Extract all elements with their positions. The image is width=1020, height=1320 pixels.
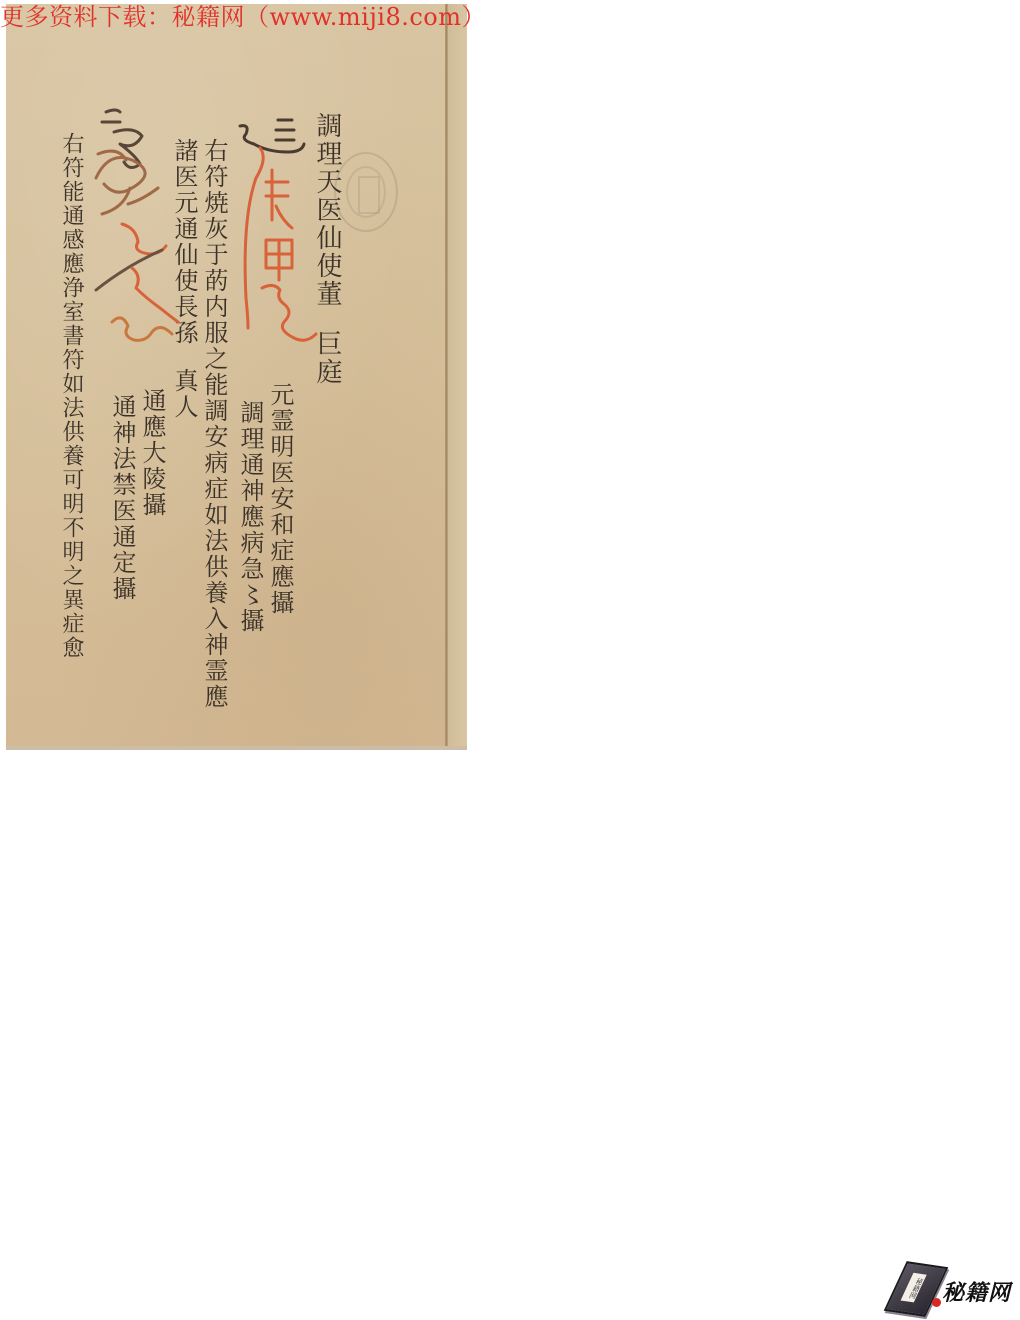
column-3-suffix: 真人 [170,368,198,420]
column-2-text: 右符焼灰于菂内服之能調安病症如法供養入神霊應 [200,138,228,710]
site-logo: 秘籍网 秘籍网 [892,1262,1012,1314]
column-6-text: 通應大陵攝 [138,388,166,518]
library-seal-stamp [334,152,398,232]
watermark-header: 更多资料下载：秘籍网（www.miji8.com） [0,0,486,34]
talisman-glyph-1 [228,112,318,362]
book-label: 秘籍网 [901,1273,927,1303]
column-5-text: 元霊明医安和症應攝 [266,382,294,616]
column-5: 元霊明医安和症應攝 [268,382,292,616]
column-7: 通神法禁医通定攝 [110,394,134,602]
talisman-glyph-2 [92,104,182,354]
column-4-text: 調理通神應病急〻攝 [236,400,264,634]
column-4: 調理通神應病急〻攝 [238,400,262,634]
column-8-text: 右符能通感應浄室書符如法供養可明不明之異症愈 [59,132,84,660]
site-logo-text: 秘籍网 [942,1276,1011,1307]
column-6: 通應大陵攝 [140,388,164,518]
column-7-text: 通神法禁医通定攝 [108,394,136,602]
manuscript-page-scan: 調理天医仙使董巨庭 右符焼灰于菂内服之能調安病症如法供養入神霊應 諸医元通仙使長… [6,4,467,750]
book-icon: 秘籍网 [884,1261,949,1317]
column-8: 右符能通感應浄室書符如法供養可明不明之異症愈 [60,132,82,660]
red-seal-dot-icon [932,1298,941,1307]
column-2: 右符焼灰于菂内服之能調安病症如法供養入神霊應 [202,138,226,710]
page-fold-margin [448,4,467,750]
